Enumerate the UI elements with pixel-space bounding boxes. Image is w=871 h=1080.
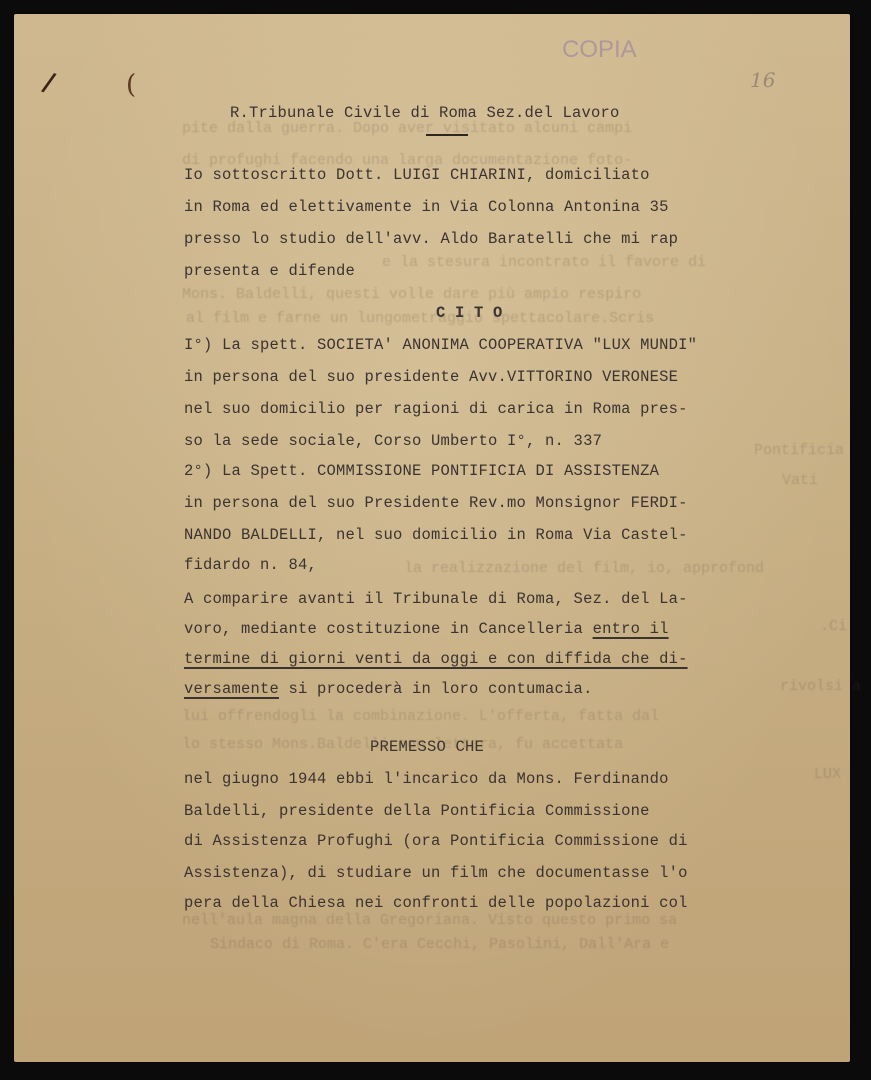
premesso-heading: PREMESSO CHE	[370, 738, 484, 756]
cito-line: nel suo domicilio per ragioni di carica …	[184, 400, 688, 418]
cito-line: so la sede sociale, Corso Umberto I°, n.…	[184, 432, 602, 450]
heading-underline	[426, 134, 468, 136]
summons-line: A comparire avanti il Tribunale di Roma,…	[184, 590, 688, 608]
cito-line: in persona del suo Presidente Rev.mo Mon…	[184, 494, 688, 512]
summons-line: termine di giorni venti da oggi e con di…	[184, 650, 688, 668]
show-through-text: pite dalla guerra. Dopo aver visitato al…	[182, 120, 632, 137]
premesso-line: Baldelli, presidente della Pontificia Co…	[184, 802, 650, 820]
premesso-line: nel giugno 1944 ebbi l'incarico da Mons.…	[184, 770, 669, 788]
cito-line: fidardo n. 84,	[184, 556, 317, 574]
document-page: COPIA 16 / ( pite dalla guerra. Dopo ave…	[14, 14, 850, 1062]
folio-number: 16	[750, 68, 775, 92]
show-through-text: Pontificia	[754, 442, 844, 459]
cito-line: I°) La spett. SOCIETA' ANONIMA COOPERATI…	[184, 336, 697, 354]
show-through-text: rivolsi a	[780, 678, 861, 695]
cito-heading: C I T O	[436, 304, 503, 322]
show-through-text: LUX	[814, 766, 841, 783]
cito-line: in persona del suo presidente Avv.VITTOR…	[184, 368, 678, 386]
intro-line: in Roma ed elettivamente in Via Colonna …	[184, 198, 669, 216]
summons-underlined-text: versamente	[184, 680, 279, 698]
show-through-text: al film e farne un lungometraggio spetta…	[186, 310, 654, 327]
summons-line: voro, mediante costituzione in Canceller…	[184, 620, 669, 638]
intro-line: presso lo studio dell'avv. Aldo Baratell…	[184, 230, 678, 248]
court-heading: R.Tribunale Civile di Roma Sez.del Lavor…	[230, 104, 620, 122]
summons-line: versamente si procederà in loro contumac…	[184, 680, 593, 698]
premesso-line: pera della Chiesa nei confronti delle po…	[184, 894, 688, 912]
premesso-line: di Assistenza Profughi (ora Pontificia C…	[184, 832, 688, 850]
show-through-text: Sindaco di Roma. C'era Cecchi, Pasolini,…	[210, 936, 669, 953]
show-through-text: e la stesura incontrato il favore di	[382, 254, 706, 271]
premesso-line: Assistenza), di studiare un film che doc…	[184, 864, 688, 882]
cito-line: 2°) La Spett. COMMISSIONE PONTIFICIA DI …	[184, 462, 659, 480]
cito-line: NANDO BALDELLI, nel suo domicilio in Rom…	[184, 526, 688, 544]
intro-line: Io sottoscritto Dott. LUIGI CHIARINI, do…	[184, 166, 650, 184]
copia-stamp: COPIA	[562, 36, 637, 64]
summons-underlined-text: entro il	[593, 620, 669, 638]
intro-line: presenta e difende	[184, 262, 355, 280]
summons-text: voro, mediante costituzione in Canceller…	[184, 620, 593, 638]
margin-mark: (	[126, 70, 136, 100]
show-through-text: la realizzazione del film, io, approfond	[404, 560, 764, 577]
summons-text: si procederà in loro contumacia.	[279, 680, 593, 698]
summons-text: A comparire avanti il Tribunale di Roma,…	[184, 590, 688, 608]
show-through-text: .Ci	[820, 618, 847, 635]
show-through-text: Vati	[782, 472, 818, 489]
show-through-text: lui offrendogli la combinazione. L'offer…	[182, 708, 659, 725]
show-through-text: nell'aula magna della Gregoriana. Visto …	[182, 912, 677, 929]
summons-underlined-text: termine di giorni venti da oggi e con di…	[184, 650, 688, 668]
margin-mark: /	[40, 67, 58, 98]
show-through-text: Mons. Baldelli, questi volle dare più am…	[182, 286, 641, 303]
